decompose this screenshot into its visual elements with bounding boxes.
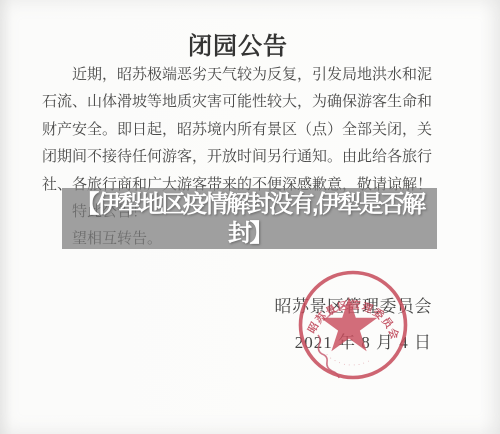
caption-overlay-banner: 【伊犁地区疫情解封没有,伊犁是否解封】 bbox=[62, 188, 437, 249]
notice-line: 近期，昭苏极端恶劣天气较为反复，引发局地洪水和泥 bbox=[42, 62, 438, 89]
seal-serial-wrap: · · · · · · · · · · bbox=[324, 353, 372, 369]
official-red-seal: 昭苏景区管理委员会 · · · · · · · · · · bbox=[293, 265, 413, 385]
notice-line: 闭期间不接待任何游客，开放时间另行通知。由此给各旅行 bbox=[42, 144, 438, 171]
notice-photo: 闭园公告 近期，昭苏极端恶劣天气较为反复，引发局地洪水和泥石流、山体滑坡等地质灾… bbox=[0, 0, 500, 434]
notice-title: 闭园公告 bbox=[42, 26, 434, 61]
seal-serial: · · · · · · · · · · bbox=[324, 353, 372, 369]
notice-line: 财产安全。即日起，昭苏境内所有景区（点）全部关闭，关 bbox=[42, 117, 438, 144]
caption-text: 【伊犁地区疫情解封没有,伊犁是否解封】 bbox=[66, 190, 434, 248]
notice-line: 石流、山体滑坡等地质灾害可能性较大，为确保游客生命和 bbox=[42, 89, 438, 116]
